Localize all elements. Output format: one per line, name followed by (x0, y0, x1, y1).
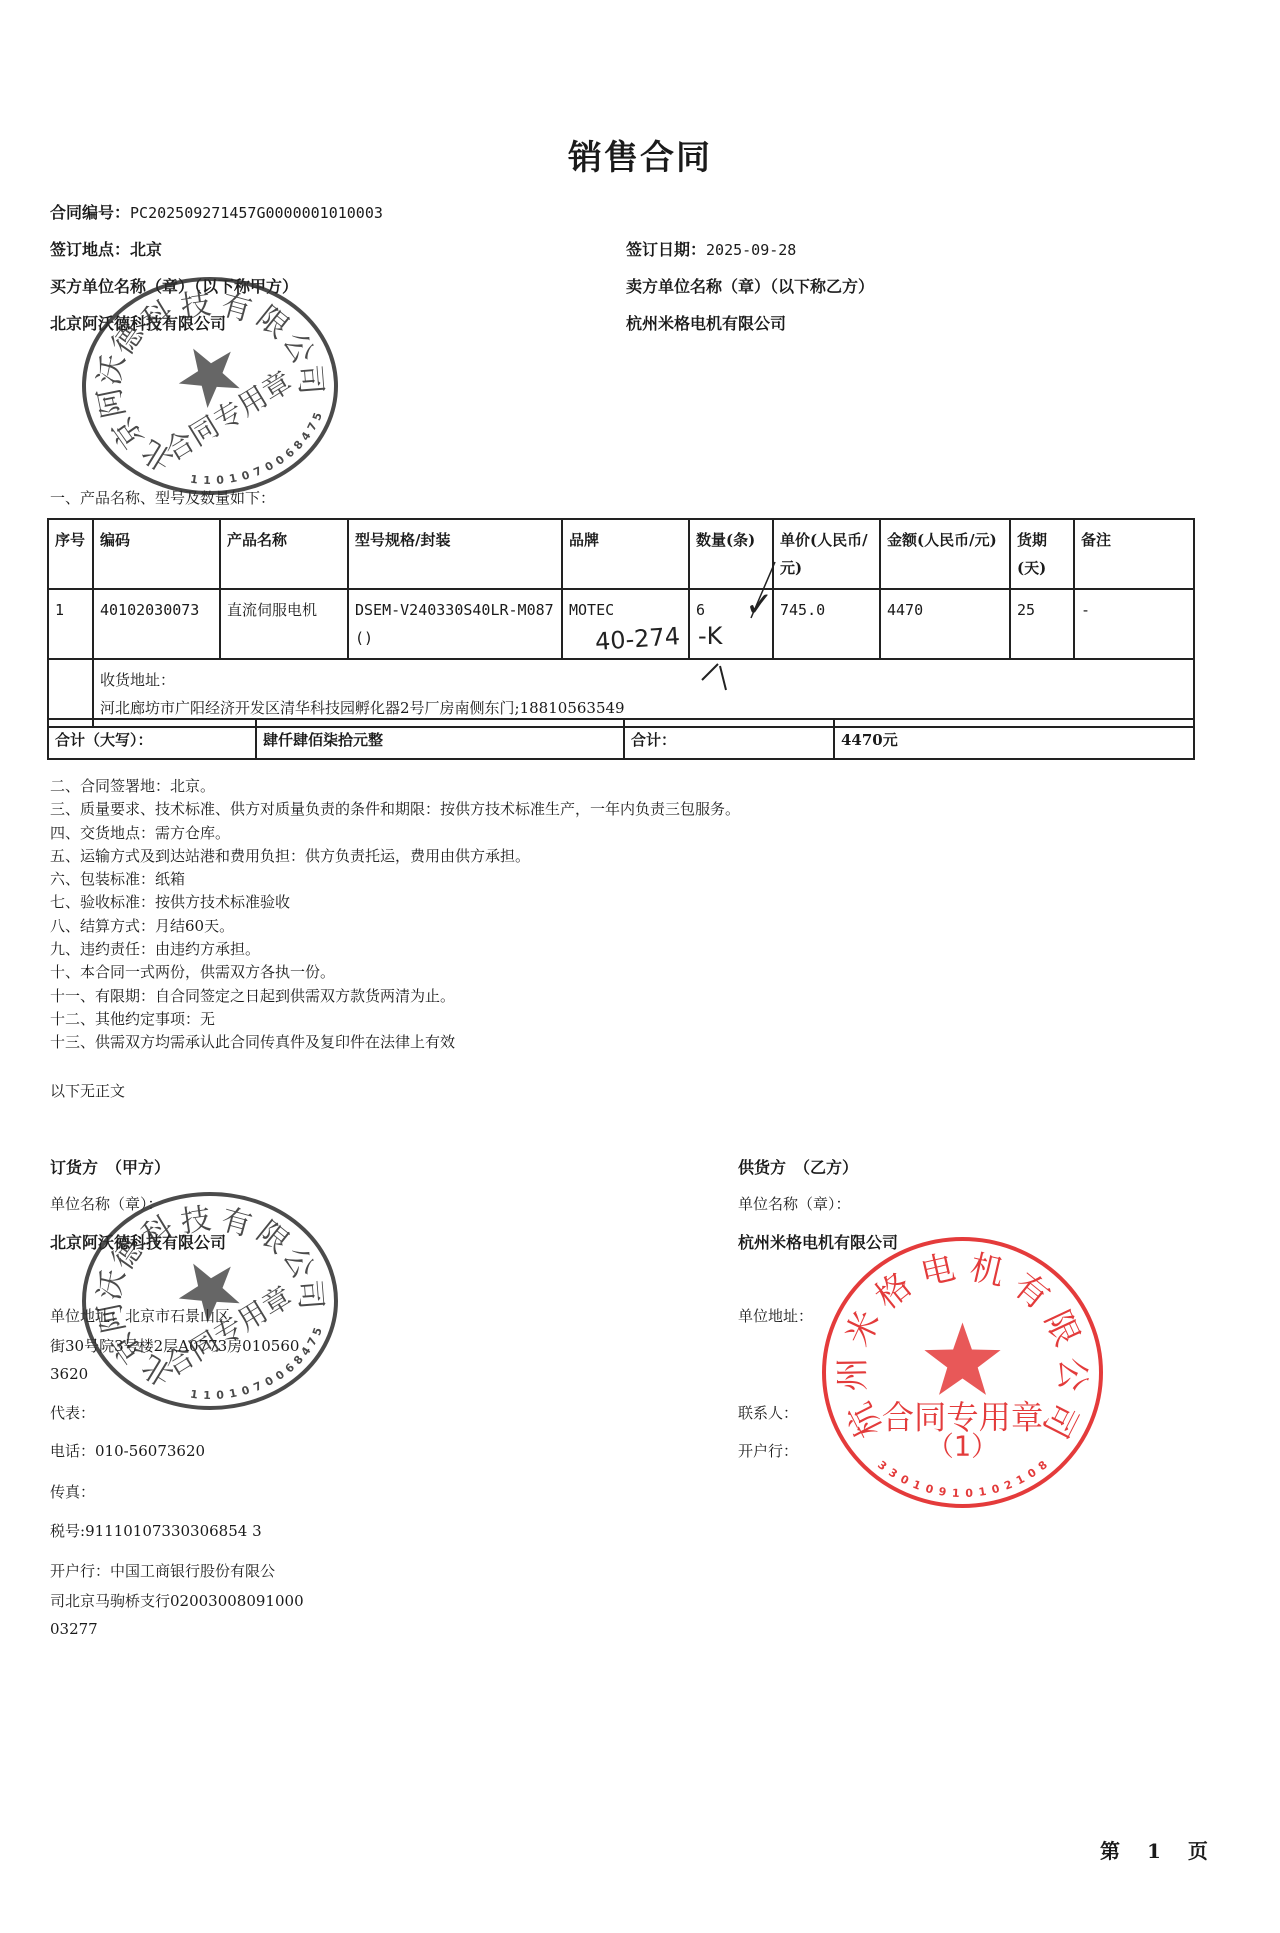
buyer-bank: 开户行：中国工商银行股份有限公 (50, 1560, 275, 1581)
seller-sign-heading: 供货方 （乙方） (738, 1155, 858, 1178)
svg-text:1: 1 (203, 474, 211, 487)
header-remark: 备注 (1074, 519, 1194, 589)
svg-text:1: 1 (978, 1485, 988, 1499)
header-amount: 金额(人民币/元) (880, 519, 1010, 589)
buyer-bank-label: 开户行： (50, 1562, 110, 1580)
end-note: 以下无正文 (50, 1080, 125, 1101)
handwritten-stroke-icon (700, 660, 740, 710)
total-upper-label: 合计（大写）： (48, 719, 256, 759)
svg-text:7: 7 (252, 1379, 264, 1394)
seller-label: 卖方单位名称（章）（以下称乙方） (626, 274, 874, 297)
cell-lead-days: 25 (1010, 589, 1074, 659)
svg-text:1: 1 (189, 1388, 198, 1402)
svg-text:电: 电 (917, 1247, 959, 1294)
svg-text:7: 7 (305, 1335, 320, 1348)
svg-text:0: 0 (965, 1487, 974, 1500)
term-item: 十三、供需双方均需承认此合同传真件及复印件在法律上有效 (50, 1031, 740, 1054)
svg-text:0: 0 (924, 1482, 935, 1497)
svg-text:1: 1 (952, 1487, 960, 1500)
term-item: 五、运输方式及到达站港和费用负担：供方负责托运，费用由供方承担。 (50, 845, 740, 868)
seal-icon: 北京阿沃德科技有限公司合同专用章1101070068475 (80, 275, 340, 497)
svg-text:有: 有 (1006, 1265, 1058, 1317)
buyer-tax-value: 91110107330306854 3 (85, 1522, 262, 1540)
svg-text:公: 公 (1052, 1357, 1093, 1392)
svg-text:技: 技 (179, 1201, 214, 1240)
svg-text:5: 5 (310, 411, 325, 422)
buyer-bank-line1: 中国工商银行股份有限公 (110, 1562, 275, 1580)
svg-text:0: 0 (990, 1482, 1001, 1497)
svg-text:1: 1 (228, 1386, 238, 1400)
seller-contact-label: 联系人： (738, 1402, 798, 1423)
term-item: 九、违约责任：由违约方承担。 (50, 938, 740, 961)
sign-date: 签订日期：2025-09-28 (626, 237, 796, 260)
page-number: 第 1 页 (1100, 1835, 1218, 1864)
sign-place: 签订地点：北京 (50, 237, 162, 260)
svg-text:0: 0 (240, 1383, 252, 1398)
seal-icon: 北京阿沃德科技有限公司合同专用章1101070068475 (80, 1190, 340, 1412)
seal-icon: 杭州米格电机有限公司合同专用章（1）33010910102108 (820, 1235, 1105, 1510)
buyer-fax-label: 传真： (50, 1481, 95, 1502)
contract-number-value: PC202509271457G0000001010003 (130, 204, 383, 222)
cell-no: 1 (48, 589, 93, 659)
term-item: 十一、有限期：自合同签定之日起到供需双方款货两清为止。 (50, 985, 740, 1008)
svg-text:2: 2 (1002, 1478, 1014, 1493)
seller-bank-label: 开户行： (738, 1440, 798, 1461)
term-item: 四、交货地点：需方仓库。 (50, 822, 740, 845)
header-lead-days: 货期(天) (1010, 519, 1074, 589)
cell-amount: 4470 (880, 589, 1010, 659)
svg-text:州: 州 (833, 1357, 874, 1392)
term-item: 十二、其他约定事项：无 (50, 1008, 740, 1031)
svg-text:3: 3 (886, 1466, 900, 1481)
items-table: 序号 编码 产品名称 型号规格/封装 品牌 数量(条) 单价(人民币/元) 金额… (47, 518, 1195, 728)
contract-number: 合同编号：PC202509271457G0000001010003 (50, 200, 383, 223)
total-value: 4470元 (834, 719, 1194, 759)
handwritten-qty-note: -K (698, 622, 722, 650)
document-title: 销售合同 (0, 130, 1280, 179)
buyer-tax-label: 税号: (50, 1522, 85, 1540)
total-upper-value: 肆仟肆佰柒拾元整 (256, 719, 624, 759)
buyer-seal-stamp-bottom: 北京阿沃德科技有限公司合同专用章1101070068475 (80, 1190, 340, 1412)
contract-number-label: 合同编号： (50, 203, 130, 222)
buyer-tax: 税号:91110107330306854 3 (50, 1520, 262, 1541)
svg-text:9: 9 (938, 1485, 948, 1499)
address-label: 收货地址： (100, 666, 1187, 694)
total-label: 合计： (624, 719, 834, 759)
svg-text:机: 机 (966, 1247, 1008, 1294)
svg-text:限: 限 (1036, 1305, 1087, 1353)
cell-unit-price: 745.0 (773, 589, 880, 659)
term-item: 八、结算方式：月结60天。 (50, 915, 740, 938)
svg-text:1: 1 (911, 1478, 923, 1493)
svg-text:0: 0 (263, 459, 277, 474)
buyer-seal-stamp-top: 北京阿沃德科技有限公司合同专用章1101070068475 (80, 275, 340, 497)
terms-list: 二、合同签署地：北京。 三、质量要求、技术标准、供方对质量负责的条件和期限：按供… (50, 775, 740, 1055)
svg-text:3: 3 (875, 1458, 889, 1473)
buyer-bank-line3: 03277 (50, 1620, 98, 1638)
term-item: 二、合同签署地：北京。 (50, 775, 740, 798)
buyer-phone-label: 电话： (50, 1442, 95, 1460)
svg-text:8: 8 (1036, 1458, 1050, 1473)
address-row: 收货地址： 河北廊坊市广阳经济开发区清华科技园孵化器2号厂房南侧东门;18810… (48, 659, 1194, 727)
buyer-phone-value: 010-56073620 (95, 1442, 205, 1460)
table-header-row: 序号 编码 产品名称 型号规格/封装 品牌 数量(条) 单价(人民币/元) 金额… (48, 519, 1194, 589)
header-model: 型号规格/封装 (348, 519, 562, 589)
handwritten-line-icon (745, 560, 785, 620)
header-name: 产品名称 (220, 519, 348, 589)
term-item: 十、本合同一式两份，供需双方各执一份。 (50, 961, 740, 984)
term-item: 七、验收标准：按供方技术标准验收 (50, 891, 740, 914)
seller-name: 杭州米格电机有限公司 (626, 311, 786, 334)
svg-text:1: 1 (189, 473, 198, 487)
buyer-sign-heading: 订货方 （甲方） (50, 1155, 170, 1178)
svg-text:0: 0 (216, 473, 225, 487)
svg-text:5: 5 (310, 1326, 325, 1337)
svg-text:0: 0 (898, 1472, 911, 1487)
svg-text:技: 技 (179, 286, 214, 325)
svg-text:有: 有 (217, 287, 255, 329)
header-unit-price: 单价(人民币/元) (773, 519, 880, 589)
total-row: 合计（大写）： 肆仟肆佰柒拾元整 合计： 4470元 (48, 719, 1194, 759)
svg-text:0: 0 (1025, 1466, 1039, 1481)
svg-text:0: 0 (216, 1388, 225, 1402)
header-brand: 品牌 (562, 519, 689, 589)
seller-seal-stamp: 杭州米格电机有限公司合同专用章（1）33010910102108 (820, 1235, 1105, 1510)
sign-date-label: 签订日期： (626, 240, 706, 259)
cell-model: DSEM-V240330S40LR-M087() (348, 589, 562, 659)
buyer-bank-line2: 司北京马驹桥支行02003008091000 (50, 1590, 304, 1611)
sign-place-label: 签订地点： (50, 240, 130, 259)
svg-text:有: 有 (217, 1202, 255, 1244)
term-item: 六、包装标准：纸箱 (50, 868, 740, 891)
svg-text:1: 1 (203, 1389, 211, 1402)
svg-text:7: 7 (252, 464, 264, 479)
seller-address-label: 单位地址： (738, 1305, 813, 1326)
svg-text:阿: 阿 (92, 384, 132, 420)
svg-text:1: 1 (228, 471, 238, 485)
cell-remark: - (1074, 589, 1194, 659)
sign-place-value: 北京 (130, 240, 162, 259)
cell-code: 40102030073 (93, 589, 220, 659)
term-item: 三、质量要求、技术标准、供方对质量负责的条件和期限：按供方技术标准生产，一年内负… (50, 798, 740, 821)
svg-text:米: 米 (838, 1305, 889, 1353)
header-no: 序号 (48, 519, 93, 589)
seller-unit-name-label: 单位名称（章）： (738, 1193, 851, 1214)
svg-text:阿: 阿 (92, 1299, 132, 1335)
sign-date-value: 2025-09-28 (706, 241, 796, 259)
svg-text:（1）: （1） (927, 1431, 999, 1462)
address-spacer (48, 659, 93, 727)
svg-text:格: 格 (868, 1265, 920, 1317)
svg-text:0: 0 (240, 468, 252, 483)
svg-text:1: 1 (1014, 1472, 1027, 1487)
cell-name: 直流伺服电机 (220, 589, 348, 659)
handwritten-brand-note: 40-274 (594, 622, 681, 656)
total-table: 合计（大写）： 肆仟肆佰柒拾元整 合计： 4470元 (47, 718, 1195, 760)
svg-text:0: 0 (263, 1374, 277, 1389)
header-code: 编码 (93, 519, 220, 589)
svg-text:7: 7 (305, 420, 320, 433)
buyer-phone: 电话：010-56073620 (50, 1440, 205, 1461)
address-cell: 收货地址： 河北廊坊市广阳经济开发区清华科技园孵化器2号厂房南侧东门;18810… (93, 659, 1194, 727)
